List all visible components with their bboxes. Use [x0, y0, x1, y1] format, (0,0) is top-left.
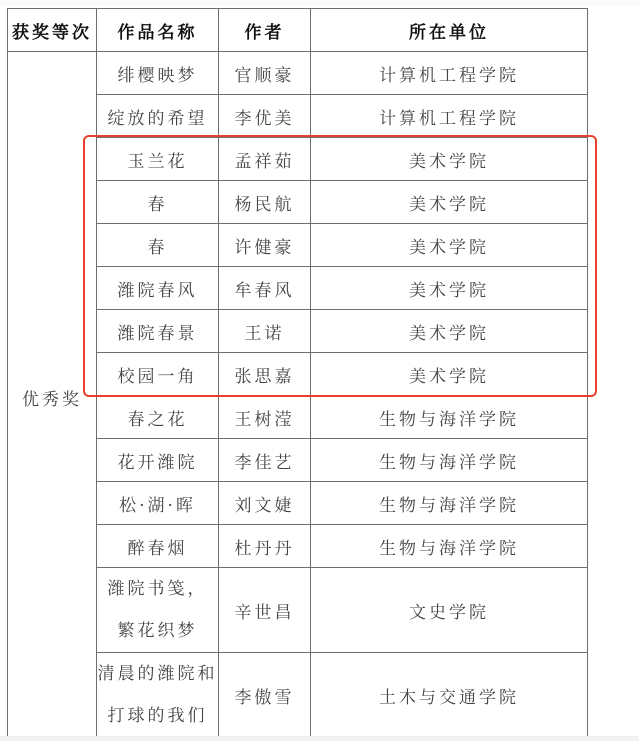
author: 张思嘉	[219, 353, 311, 396]
page-bottom-edge	[0, 736, 639, 741]
header-work-title: 作品名称	[97, 9, 219, 52]
author: 孟祥茹	[219, 138, 311, 181]
unit: 计算机工程学院	[311, 52, 588, 95]
unit: 美术学院	[311, 267, 588, 310]
table-row: 优秀奖 绯樱映梦 官顺豪 计算机工程学院	[8, 52, 588, 95]
unit: 生物与海洋学院	[311, 439, 588, 482]
header-author: 作者	[219, 9, 311, 52]
work-title: 校园一角	[97, 353, 219, 396]
work-title-line: 打球的我们	[97, 695, 218, 737]
author: 许健豪	[219, 224, 311, 267]
unit: 美术学院	[311, 181, 588, 224]
author: 杨民航	[219, 181, 311, 224]
header-unit: 所在单位	[311, 9, 588, 52]
header-award-level: 获奖等次	[8, 9, 97, 52]
unit: 美术学院	[311, 138, 588, 181]
award-table: 获奖等次 作品名称 作者 所在单位 优秀奖 绯樱映梦 官顺豪 计算机工程学院 绽…	[7, 8, 588, 741]
unit: 计算机工程学院	[311, 95, 588, 138]
work-title: 潍院书笺， 繁花织梦	[97, 568, 219, 653]
author: 刘文婕	[219, 482, 311, 525]
author: 李傲雪	[219, 653, 311, 738]
work-title: 潍院春景	[97, 310, 219, 353]
author: 王树滢	[219, 396, 311, 439]
work-title: 清晨的潍院和 打球的我们	[97, 653, 219, 738]
unit: 文史学院	[311, 568, 588, 653]
work-title: 玉兰花	[97, 138, 219, 181]
author: 李佳艺	[219, 439, 311, 482]
work-title: 绯樱映梦	[97, 52, 219, 95]
work-title-line: 清晨的潍院和	[97, 653, 218, 695]
page-top-margin	[0, 0, 639, 6]
author: 李优美	[219, 95, 311, 138]
award-level-cell: 优秀奖	[8, 52, 97, 741]
author: 杜丹丹	[219, 525, 311, 568]
author: 王诺	[219, 310, 311, 353]
author: 牟春风	[219, 267, 311, 310]
unit: 美术学院	[311, 310, 588, 353]
header-row: 获奖等次 作品名称 作者 所在单位	[8, 9, 588, 52]
unit: 生物与海洋学院	[311, 482, 588, 525]
author: 辛世昌	[219, 568, 311, 653]
unit: 美术学院	[311, 353, 588, 396]
work-title: 春之花	[97, 396, 219, 439]
work-title: 春	[97, 181, 219, 224]
unit: 土木与交通学院	[311, 653, 588, 738]
work-title: 松·湖·晖	[97, 482, 219, 525]
work-title-line: 繁花织梦	[97, 610, 218, 652]
unit: 生物与海洋学院	[311, 525, 588, 568]
work-title: 绽放的希望	[97, 95, 219, 138]
work-title: 花开潍院	[97, 439, 219, 482]
work-title: 潍院春风	[97, 267, 219, 310]
unit: 美术学院	[311, 224, 588, 267]
work-title: 春	[97, 224, 219, 267]
author: 官顺豪	[219, 52, 311, 95]
work-title-line: 潍院书笺，	[97, 568, 218, 610]
unit: 生物与海洋学院	[311, 396, 588, 439]
work-title: 醉春烟	[97, 525, 219, 568]
